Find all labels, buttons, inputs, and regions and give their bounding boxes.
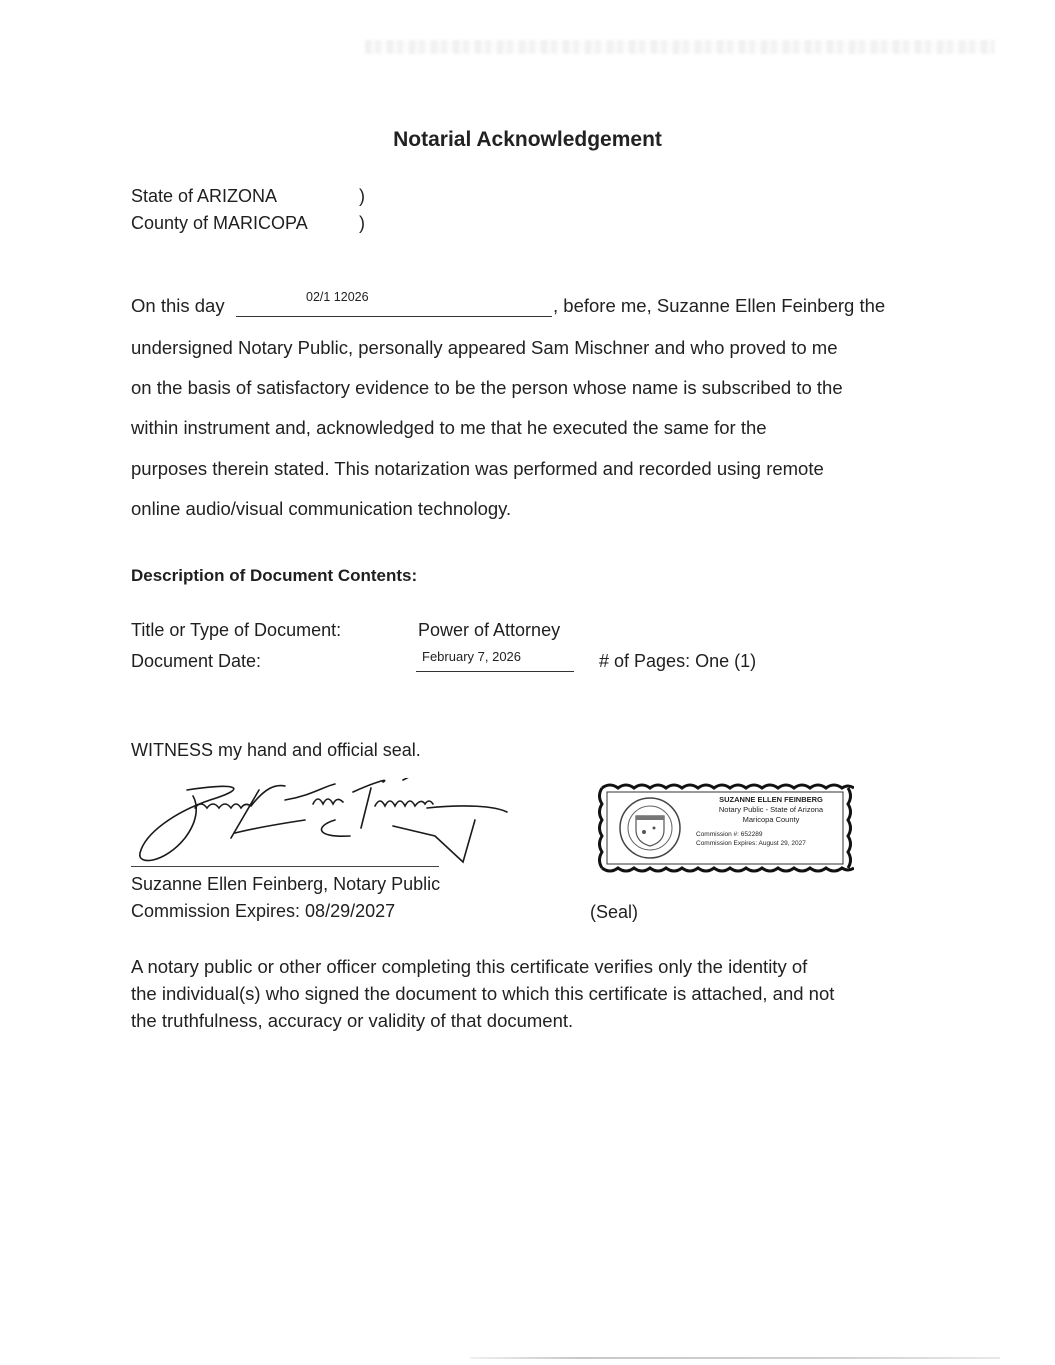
body-line-1-prefix: On this day	[131, 295, 225, 317]
seal-caption: (Seal)	[590, 902, 638, 923]
document-date-line	[416, 671, 574, 672]
venue-bracket: )	[359, 213, 365, 234]
disclaimer-line-2: the individual(s) who signed the documen…	[131, 983, 834, 1005]
notary-seal-stamp: SUZANNE ELLEN FEINBERG Notary Public - S…	[596, 780, 854, 874]
signature-line	[131, 866, 439, 867]
commission-expiration: Commission Expires: 08/29/2027	[131, 901, 395, 922]
body-line-6: online audio/visual communication techno…	[131, 498, 511, 520]
document-title-label: Title or Type of Document:	[131, 620, 341, 641]
document-date-label: Document Date:	[131, 651, 261, 672]
seal-commission-expires: Commission Expires: August 29, 2027	[696, 839, 806, 848]
notary-signature	[135, 778, 515, 868]
seal-county-line: Maricopa County	[696, 815, 846, 825]
venue-state: State of ARIZONA	[131, 186, 277, 207]
document-title-value: Power of Attorney	[418, 620, 560, 641]
notary-name: Suzanne Ellen Feinberg, Notary Public	[131, 874, 440, 895]
scan-artifact-line	[470, 1357, 1000, 1359]
document-title: Notarial Acknowledgement	[0, 128, 1055, 152]
body-line-1-suffix: , before me, Suzanne Ellen Feinberg the	[553, 295, 885, 317]
disclaimer-line-3: the truthfulness, accuracy or validity o…	[131, 1010, 573, 1032]
date-blank-line	[236, 316, 552, 317]
body-line-5: purposes therein stated. This notarizati…	[131, 458, 824, 480]
body-line-2: undersigned Notary Public, personally ap…	[131, 337, 837, 359]
witness-statement: WITNESS my hand and official seal.	[131, 740, 421, 761]
venue-bracket: )	[359, 186, 365, 207]
page-count: # of Pages: One (1)	[599, 651, 756, 672]
seal-notary-name: SUZANNE ELLEN FEINBERG	[696, 795, 846, 805]
disclaimer-line-1: A notary public or other officer complet…	[131, 956, 807, 978]
body-line-4: within instrument and, acknowledged to m…	[131, 417, 767, 439]
seal-state-line: Notary Public - State of Arizona	[696, 805, 846, 815]
acknowledgement-date-field: 02/1 12026	[306, 290, 369, 304]
faded-header-text	[365, 40, 995, 54]
venue-county: County of MARICOPA	[131, 213, 308, 234]
seal-commission-number: Commission #: 652289	[696, 830, 806, 839]
document-date-value: February 7, 2026	[422, 649, 521, 664]
description-heading: Description of Document Contents:	[131, 566, 417, 586]
body-line-3: on the basis of satisfactory evidence to…	[131, 377, 843, 399]
